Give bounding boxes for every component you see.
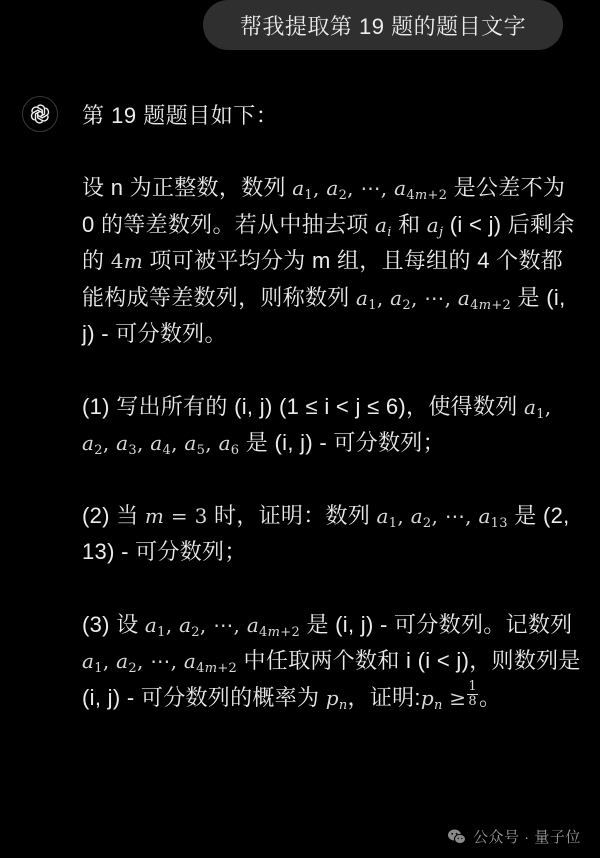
math-sequence: a1, a2, ⋯, a4m+2	[145, 613, 300, 637]
math-aj: aj	[427, 213, 444, 237]
user-message-bubble: 帮我提取第 19 题的题目文字	[203, 0, 563, 50]
wechat-icon	[447, 828, 467, 846]
fraction-numerator: 1	[467, 680, 478, 695]
text-span: (2) 当	[82, 503, 145, 528]
assistant-response-title: 第 19 题题目如下：	[82, 99, 278, 130]
math-fraction-one-eighth: 18	[467, 680, 478, 709]
assistant-avatar	[22, 96, 58, 132]
assistant-header: 第 19 题题目如下：	[22, 96, 278, 132]
math-pn: pn	[326, 686, 348, 710]
math-sequence: a1, a2, ⋯, a4m+2	[82, 649, 237, 673]
text-span: (1) 写出所有的 (i, j) (1 ≤ i < j ≤ 6)，使得数列	[82, 394, 524, 419]
text-span: (3) 设	[82, 612, 145, 637]
text-span: 设 n 为正整数，数列	[82, 175, 292, 200]
text-span: 和	[392, 212, 427, 237]
math-m-equals-3: m = 3	[145, 504, 208, 528]
question-3: (3) 设 a1, a2, ⋯, a4m+2 是 (i, j) - 可分数列。记…	[82, 607, 582, 717]
watermark-text: 公众号 · 量子位	[473, 826, 581, 847]
text-span: 是 (i, j) - 可分数列；	[239, 430, 445, 455]
assistant-response-body: 设 n 为正整数，数列 a1, a2, ⋯, a4m+2 是公差不为 0 的等差…	[82, 170, 582, 752]
text-span: ，证明:	[348, 685, 421, 710]
text-span: 时，证明：数列	[208, 503, 377, 528]
math-pn-geq: pn ≥	[421, 686, 467, 710]
math-ai: ai	[375, 213, 392, 237]
problem-intro: 设 n 为正整数，数列 a1, a2, ⋯, a4m+2 是公差不为 0 的等差…	[82, 170, 582, 353]
math-sequence: a1, a2, ⋯, a4m+2	[356, 286, 511, 310]
openai-logo-icon	[28, 102, 52, 126]
fraction-denominator: 8	[468, 695, 477, 709]
math-sequence: a1, a2, ⋯, a4m+2	[292, 176, 447, 200]
math-sequence-13: a1, a2, ⋯, a13	[377, 504, 508, 528]
text-span: 是 (i, j) - 可分数列。记数列	[300, 612, 572, 637]
watermark: 公众号 · 量子位	[447, 826, 581, 847]
user-message-text: 帮我提取第 19 题的题目文字	[240, 10, 526, 41]
text-span: 。	[479, 685, 501, 710]
math-4m: 4m	[111, 249, 143, 273]
question-2: (2) 当 m = 3 时，证明：数列 a1, a2, ⋯, a13 是 (2,…	[82, 498, 582, 571]
question-1: (1) 写出所有的 (i, j) (1 ≤ i < j ≤ 6)，使得数列 a1…	[82, 389, 582, 462]
